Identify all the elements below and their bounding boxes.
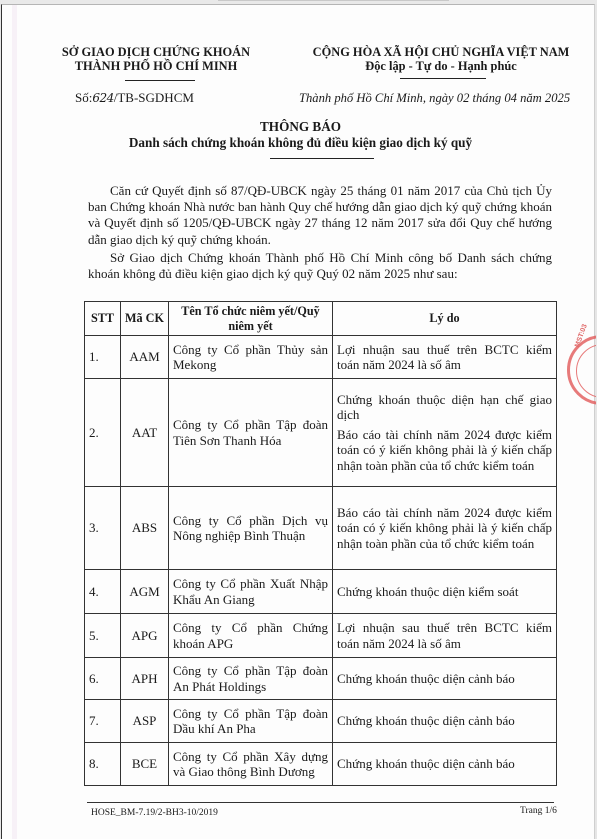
document-page: SỞ GIAO DỊCH CHỨNG KHOÁN THÀNH PHỐ HỒ CH… xyxy=(1,4,595,839)
stamp-inner-ring xyxy=(576,344,596,398)
stamp-clip: MST:03 xyxy=(2,5,596,839)
stamp-text: MST:03 xyxy=(574,323,589,348)
red-seal-stamp: MST:03 xyxy=(567,335,596,405)
viewer-scroll-indicator[interactable] xyxy=(218,0,449,1)
